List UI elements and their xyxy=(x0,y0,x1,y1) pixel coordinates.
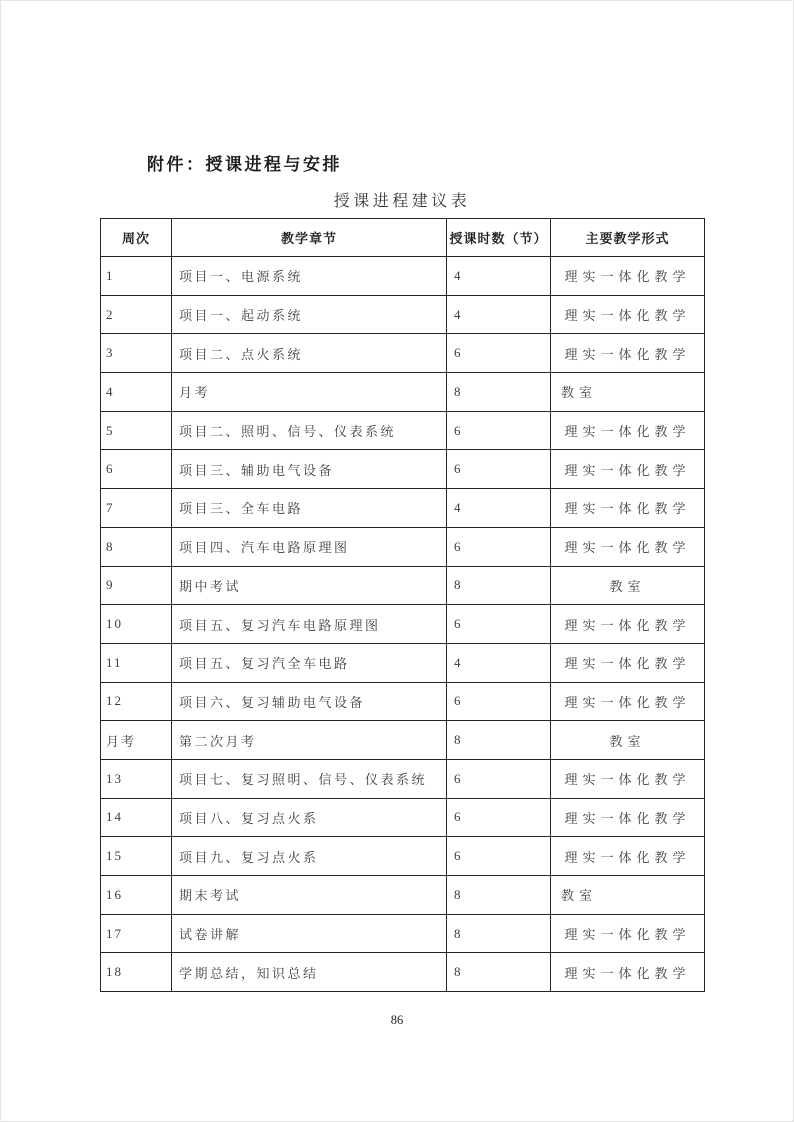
form-cell: 理实一体化教学 xyxy=(551,527,705,566)
table-row: 17试卷讲解8理实一体化教学 xyxy=(101,914,705,953)
hours-cell: 6 xyxy=(447,837,551,876)
week-cell: 5 xyxy=(101,411,172,450)
table-row: 1项目一、电源系统4理实一体化教学 xyxy=(101,257,705,296)
form-cell: 理实一体化教学 xyxy=(551,489,705,528)
document-page: { "page": { "attachment_title": "附件：授课进程… xyxy=(0,0,794,1122)
page-number: 86 xyxy=(0,1013,794,1028)
header-chapter: 教学章节 xyxy=(172,219,447,257)
header-hours: 授课时数（节） xyxy=(447,219,551,257)
chapter-cell: 项目一、起动系统 xyxy=(172,295,447,334)
table-row: 12项目六、复习辅助电气设备6理实一体化教学 xyxy=(101,682,705,721)
form-cell: 理实一体化教学 xyxy=(551,257,705,296)
table-row: 16期末考试8教室 xyxy=(101,876,705,915)
week-cell: 8 xyxy=(101,527,172,566)
table-row: 15项目九、复习点火系6理实一体化教学 xyxy=(101,837,705,876)
form-cell: 理实一体化教学 xyxy=(551,837,705,876)
header-form: 主要教学形式 xyxy=(551,219,705,257)
week-cell: 3 xyxy=(101,334,172,373)
table-row: 3项目二、点火系统6理实一体化教学 xyxy=(101,334,705,373)
chapter-cell: 项目一、电源系统 xyxy=(172,257,447,296)
chapter-cell: 期末考试 xyxy=(172,876,447,915)
hours-cell: 8 xyxy=(447,953,551,992)
hours-cell: 6 xyxy=(447,798,551,837)
form-cell: 教室 xyxy=(551,566,705,605)
chapter-cell: 期中考试 xyxy=(172,566,447,605)
form-cell: 理实一体化教学 xyxy=(551,914,705,953)
table-row: 8项目四、汽车电路原理图6理实一体化教学 xyxy=(101,527,705,566)
form-cell: 理实一体化教学 xyxy=(551,411,705,450)
week-cell: 14 xyxy=(101,798,172,837)
week-cell: 16 xyxy=(101,876,172,915)
hours-cell: 8 xyxy=(447,914,551,953)
form-cell: 理实一体化教学 xyxy=(551,295,705,334)
hours-cell: 6 xyxy=(447,334,551,373)
week-cell: 15 xyxy=(101,837,172,876)
hours-cell: 6 xyxy=(447,527,551,566)
hours-cell: 8 xyxy=(447,721,551,760)
table-row: 6项目三、辅助电气设备6理实一体化教学 xyxy=(101,450,705,489)
chapter-cell: 月考 xyxy=(172,373,447,412)
week-cell: 12 xyxy=(101,682,172,721)
week-cell: 9 xyxy=(101,566,172,605)
chapter-cell: 项目三、辅助电气设备 xyxy=(172,450,447,489)
form-cell: 理实一体化教学 xyxy=(551,798,705,837)
table-row: 5项目二、照明、信号、仪表系统6理实一体化教学 xyxy=(101,411,705,450)
hours-cell: 4 xyxy=(447,295,551,334)
chapter-cell: 项目七、复习照明、信号、仪表系统 xyxy=(172,759,447,798)
hours-cell: 8 xyxy=(447,566,551,605)
form-cell: 理实一体化教学 xyxy=(551,643,705,682)
form-cell: 教室 xyxy=(551,876,705,915)
chapter-cell: 项目三、全车电路 xyxy=(172,489,447,528)
chapter-cell: 项目六、复习辅助电气设备 xyxy=(172,682,447,721)
week-cell: 6 xyxy=(101,450,172,489)
week-cell: 4 xyxy=(101,373,172,412)
chapter-cell: 第二次月考 xyxy=(172,721,447,760)
table-row: 18学期总结，知识总结8理实一体化教学 xyxy=(101,953,705,992)
schedule-table: 周次 教学章节 授课时数（节） 主要教学形式 1项目一、电源系统4理实一体化教学… xyxy=(100,218,705,992)
table-row: 2项目一、起动系统4理实一体化教学 xyxy=(101,295,705,334)
hours-cell: 6 xyxy=(447,411,551,450)
chapter-cell: 项目八、复习点火系 xyxy=(172,798,447,837)
week-cell: 2 xyxy=(101,295,172,334)
hours-cell: 6 xyxy=(447,605,551,644)
hours-cell: 8 xyxy=(447,373,551,412)
chapter-cell: 项目五、复习汽车电路原理图 xyxy=(172,605,447,644)
form-cell: 理实一体化教学 xyxy=(551,682,705,721)
hours-cell: 8 xyxy=(447,876,551,915)
table-row: 4月考8教室 xyxy=(101,373,705,412)
form-cell: 理实一体化教学 xyxy=(551,953,705,992)
week-cell: 11 xyxy=(101,643,172,682)
table-row: 9期中考试8教室 xyxy=(101,566,705,605)
chapter-cell: 试卷讲解 xyxy=(172,914,447,953)
table-row: 13项目七、复习照明、信号、仪表系统6理实一体化教学 xyxy=(101,759,705,798)
table-header-row: 周次 教学章节 授课时数（节） 主要教学形式 xyxy=(101,219,705,257)
header-week: 周次 xyxy=(101,219,172,257)
form-cell: 教室 xyxy=(551,721,705,760)
chapter-cell: 项目二、照明、信号、仪表系统 xyxy=(172,411,447,450)
hours-cell: 6 xyxy=(447,682,551,721)
table-row: 14项目八、复习点火系6理实一体化教学 xyxy=(101,798,705,837)
week-cell: 月考 xyxy=(101,721,172,760)
form-cell: 理实一体化教学 xyxy=(551,450,705,489)
form-cell: 理实一体化教学 xyxy=(551,334,705,373)
table-row: 月考第二次月考8教室 xyxy=(101,721,705,760)
hours-cell: 4 xyxy=(447,257,551,296)
chapter-cell: 项目九、复习点火系 xyxy=(172,837,447,876)
week-cell: 17 xyxy=(101,914,172,953)
form-cell: 理实一体化教学 xyxy=(551,759,705,798)
week-cell: 1 xyxy=(101,257,172,296)
week-cell: 10 xyxy=(101,605,172,644)
chapter-cell: 学期总结，知识总结 xyxy=(172,953,447,992)
chapter-cell: 项目四、汽车电路原理图 xyxy=(172,527,447,566)
table-title: 授课进程建议表 xyxy=(100,188,704,211)
chapter-cell: 项目二、点火系统 xyxy=(172,334,447,373)
hours-cell: 4 xyxy=(447,489,551,528)
form-cell: 理实一体化教学 xyxy=(551,605,705,644)
hours-cell: 6 xyxy=(447,450,551,489)
week-cell: 18 xyxy=(101,953,172,992)
hours-cell: 6 xyxy=(447,759,551,798)
table-row: 10项目五、复习汽车电路原理图6理实一体化教学 xyxy=(101,605,705,644)
chapter-cell: 项目五、复习汽全车电路 xyxy=(172,643,447,682)
table-row: 7项目三、全车电路4理实一体化教学 xyxy=(101,489,705,528)
table-row: 11项目五、复习汽全车电路4理实一体化教学 xyxy=(101,643,705,682)
hours-cell: 4 xyxy=(447,643,551,682)
form-cell: 教室 xyxy=(551,373,705,412)
week-cell: 7 xyxy=(101,489,172,528)
attachment-title: 附件：授课进程与安排 xyxy=(147,150,342,175)
week-cell: 13 xyxy=(101,759,172,798)
